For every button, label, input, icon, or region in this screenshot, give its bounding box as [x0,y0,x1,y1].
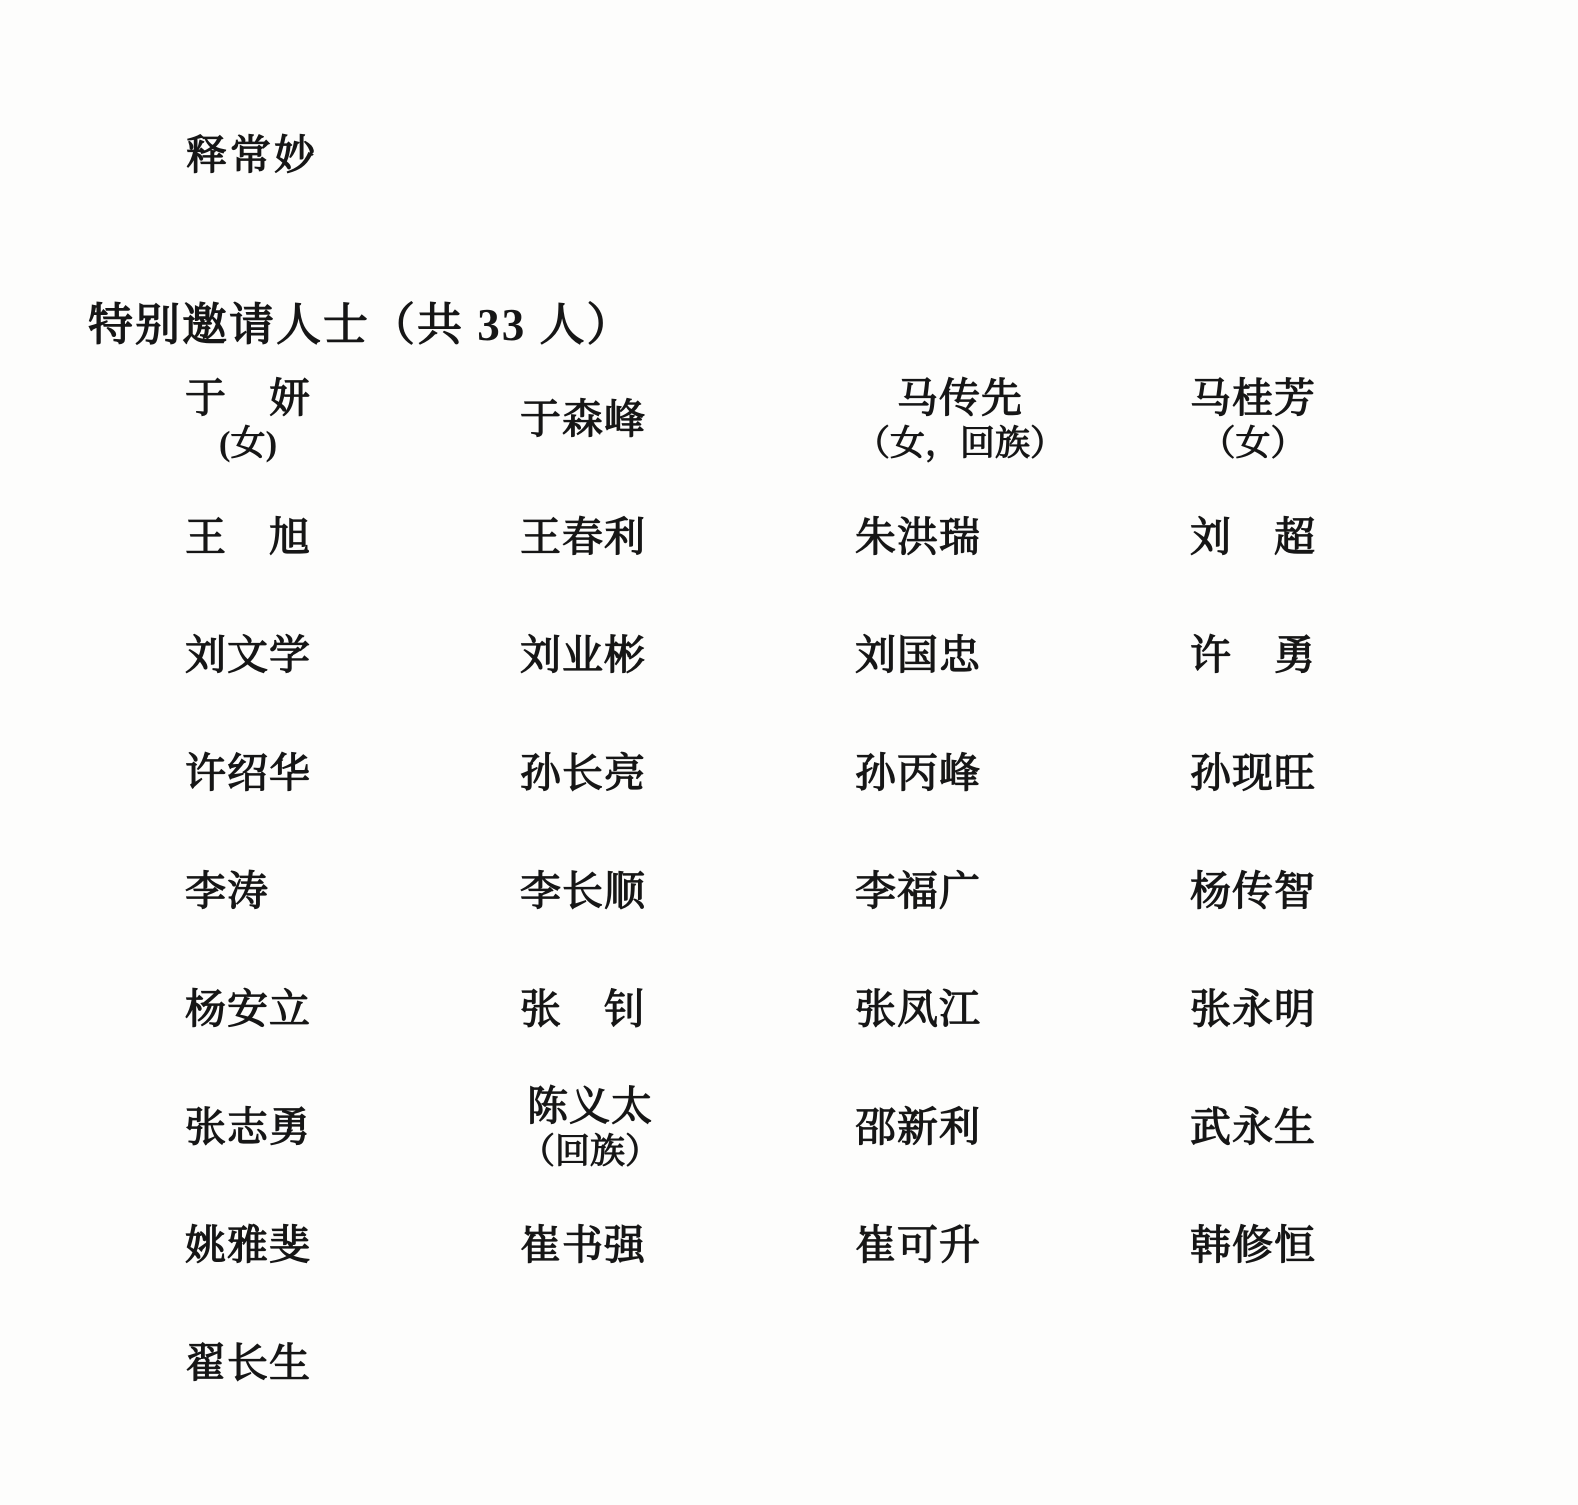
attendee-name: 杨传智 [1190,868,1316,915]
attendee-cell: 李涛 [185,868,520,915]
attendee: 王春利 [520,514,646,561]
attendee-cell: 许绍华 [185,750,520,797]
attendee-name: 崔可升 [855,1222,981,1269]
attendee-name: 孙丙峰 [855,750,981,797]
attendee-name: 刘文学 [185,632,311,679]
attendee-name: 姚雅斐 [185,1222,311,1269]
attendee-note: (女) [185,422,311,466]
attendee-cell: 杨安立 [185,986,520,1033]
attendee: 韩修恒 [1190,1222,1316,1269]
attendee: 张凤江 [855,986,981,1033]
attendee-name: 张永明 [1190,986,1316,1033]
attendee-cell: 张志勇 [185,1104,520,1151]
attendee-cell: 崔书强 [520,1222,855,1269]
attendee: 李涛 [185,868,269,915]
attendee-name: 李长顺 [520,868,646,915]
attendee: 孙长亮 [520,750,646,797]
attendee-cell: 陈义太（回族） [520,1083,855,1174]
attendee: 王 旭 [185,514,311,561]
attendee-cell: 张 钊 [520,986,855,1033]
attendee-note: （女） [1190,422,1316,466]
attendee-name: 张 钊 [520,986,646,1033]
section-heading: 特别邀请人士（共 33 人） [88,288,634,353]
attendee-cell: 刘业彬 [520,632,855,679]
attendee-cell: 孙丙峰 [855,750,1190,797]
attendee-name: 刘 超 [1190,514,1316,561]
attendee: 马桂芳（女） [1190,375,1316,466]
attendee-cell: 孙长亮 [520,750,855,797]
attendee: 崔可升 [855,1222,981,1269]
previous-list-last-entry: 释常妙 [186,122,318,181]
attendee-name: 张志勇 [185,1104,311,1151]
attendee-cell: 杨传智 [1190,868,1525,915]
attendee-name: 刘业彬 [520,632,646,679]
attendee-name: 孙现旺 [1190,750,1316,797]
attendee-name: 武永生 [1190,1104,1316,1151]
attendee-cell: 崔可升 [855,1222,1190,1269]
attendee-name: 邵新利 [855,1104,981,1151]
attendee-note: （回族） [520,1130,660,1174]
attendee-name: 杨安立 [185,986,311,1033]
attendee: 杨安立 [185,986,311,1033]
attendee-cell: 刘文学 [185,632,520,679]
attendee: 李福广 [855,868,981,915]
attendee-cell: 刘国忠 [855,632,1190,679]
attendee: 武永生 [1190,1104,1316,1151]
attendee-name: 王 旭 [185,514,311,561]
attendee-cell: 孙现旺 [1190,750,1525,797]
attendee: 邵新利 [855,1104,981,1151]
attendee-cell: 张永明 [1190,986,1525,1033]
attendee-cell: 许 勇 [1190,632,1525,679]
attendee: 刘文学 [185,632,311,679]
attendee-name: 崔书强 [520,1222,646,1269]
attendee-name: 张凤江 [855,986,981,1033]
attendee-cell: 朱洪瑞 [855,514,1190,561]
attendee: 张 钊 [520,986,646,1033]
attendee: 杨传智 [1190,868,1316,915]
attendee-cell: 马传先（女，回族） [855,375,1190,466]
attendee-name: 孙长亮 [520,750,646,797]
attendee-cell: 张凤江 [855,986,1190,1033]
attendee: 陈义太（回族） [520,1083,660,1174]
attendee-name: 朱洪瑞 [855,514,981,561]
attendee: 于 妍(女) [185,375,311,466]
attendee-note: （女，回族） [855,422,1065,466]
attendee: 孙现旺 [1190,750,1316,797]
document-page: 释常妙 特别邀请人士（共 33 人） 于 妍(女) 于森峰 马传先（女，回族） … [0,0,1578,1505]
attendee-cell: 王春利 [520,514,855,561]
attendee-cell: 王 旭 [185,514,520,561]
attendee-name: 陈义太 [520,1083,660,1130]
attendee: 许 勇 [1190,632,1316,679]
attendee-cell: 翟长生 [185,1340,520,1387]
attendee: 翟长生 [185,1340,311,1387]
attendee: 许绍华 [185,750,311,797]
attendee: 张永明 [1190,986,1316,1033]
attendee-cell: 于 妍(女) [185,375,520,466]
attendee: 刘国忠 [855,632,981,679]
attendee-name: 许 勇 [1190,632,1316,679]
attendee: 张志勇 [185,1104,311,1151]
attendee-cell: 邵新利 [855,1104,1190,1151]
attendee: 孙丙峰 [855,750,981,797]
attendee: 马传先（女，回族） [855,375,1065,466]
attendee-name: 于森峰 [520,396,646,443]
attendee-cell: 姚雅斐 [185,1222,520,1269]
attendee: 刘业彬 [520,632,646,679]
attendee-name: 刘国忠 [855,632,981,679]
attendee-name: 李福广 [855,868,981,915]
attendee-cell: 马桂芳（女） [1190,375,1525,466]
attendee-cell: 武永生 [1190,1104,1525,1151]
attendee-name: 王春利 [520,514,646,561]
attendee: 于森峰 [520,396,646,443]
attendee-cell: 于森峰 [520,396,855,443]
attendee-cell: 刘 超 [1190,514,1525,561]
attendee-cell: 李长顺 [520,868,855,915]
attendee: 朱洪瑞 [855,514,981,561]
attendee-grid: 于 妍(女) 于森峰 马传先（女，回族） 马桂芳（女） 王 旭 王春利 朱洪瑞 … [185,361,1525,1423]
attendee: 崔书强 [520,1222,646,1269]
attendee-name: 翟长生 [185,1340,311,1387]
attendee: 李长顺 [520,868,646,915]
attendee-name: 许绍华 [185,750,311,797]
attendee-name: 于 妍 [185,375,311,422]
attendee: 姚雅斐 [185,1222,311,1269]
attendee-name: 李涛 [185,868,269,915]
attendee-cell: 韩修恒 [1190,1222,1525,1269]
attendee-cell: 李福广 [855,868,1190,915]
attendee-name: 韩修恒 [1190,1222,1316,1269]
attendee: 刘 超 [1190,514,1316,561]
attendee-name: 马传先 [855,375,1065,422]
attendee-name: 马桂芳 [1190,375,1316,422]
